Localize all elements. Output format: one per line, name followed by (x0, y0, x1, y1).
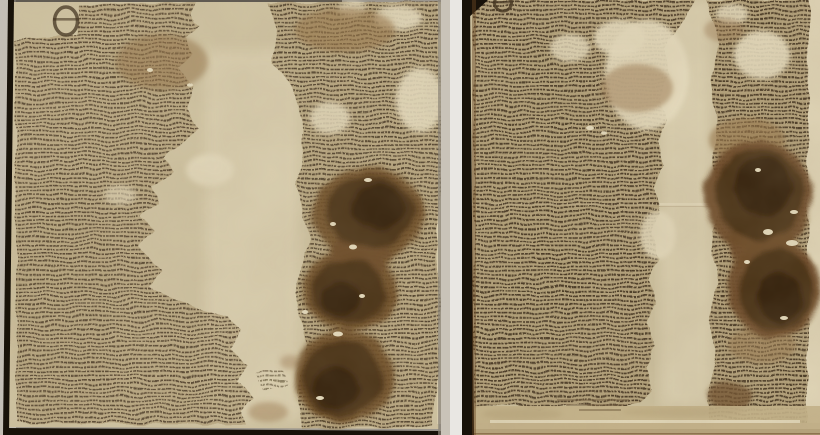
parchment-grain (8, 0, 448, 435)
left-photo-image (0, 0, 462, 435)
left-photograph (0, 0, 462, 435)
right-photograph (462, 0, 820, 435)
divider-strip (438, 0, 462, 435)
parchment-grain (468, 0, 820, 435)
manuscript-photo-pair: Side-by-side photographs of the same hea… (0, 0, 820, 435)
right-photo-image (462, 0, 820, 435)
